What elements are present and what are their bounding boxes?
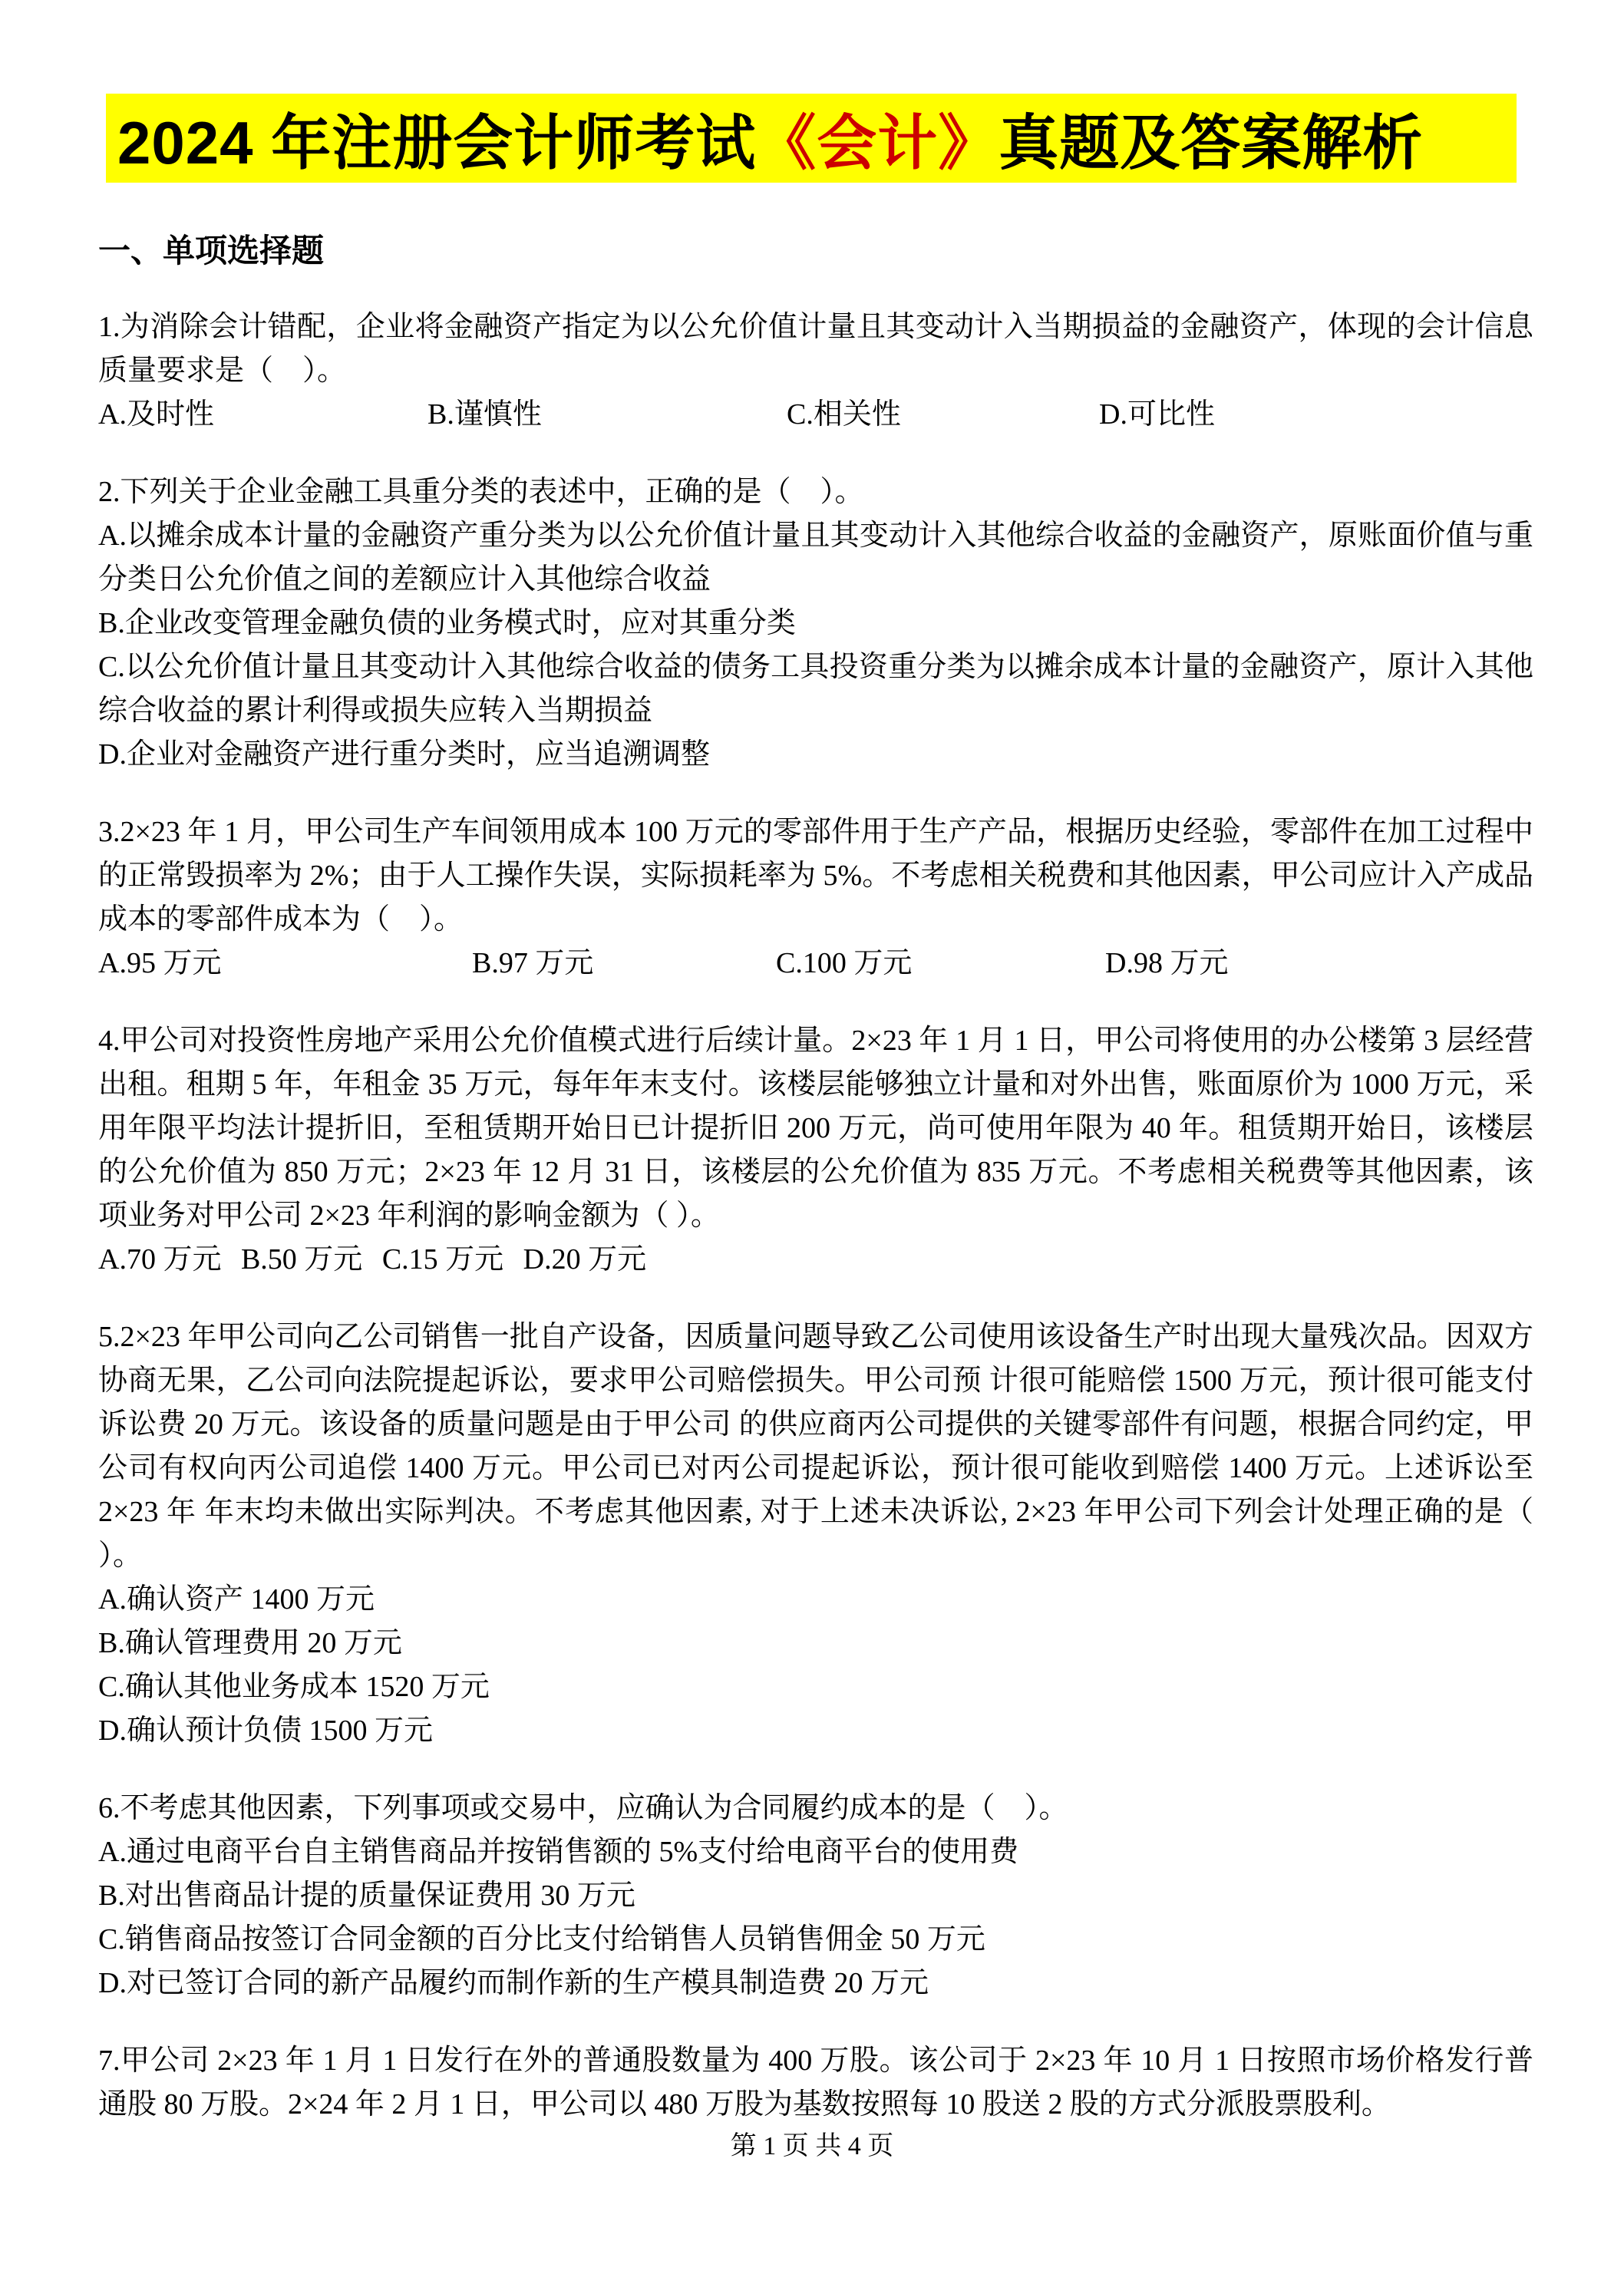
- question-4: 4.甲公司对投资性房地产采用公允价值模式进行后续计量。2×23 年 1 月 1 …: [98, 1019, 1533, 1282]
- title-part-2: 真题及答案解析: [998, 95, 1423, 181]
- q4-option-c: C.15 万元: [382, 1243, 503, 1276]
- question-3-text: 3.2×23 年 1 月，甲公司生产车间领用成本 100 万元的零部件用于生产产…: [98, 810, 1533, 942]
- title-part-1: 2024 年注册会计师考试: [117, 95, 756, 181]
- question-5: 5.2×23 年甲公司向乙公司销售一批自产设备，因质量问题导致乙公司使用该设备生…: [98, 1315, 1533, 1753]
- q1-option-a: A.及时性: [98, 393, 427, 437]
- question-3: 3.2×23 年 1 月，甲公司生产车间领用成本 100 万元的零部件用于生产产…: [98, 810, 1533, 985]
- question-1-options: A.及时性 B.谨慎性 C.相关性 D.可比性: [98, 393, 1533, 437]
- q2-option-b: B.企业改变管理金融负债的业务模式时，应对其重分类: [98, 602, 1533, 645]
- question-1: 1.为消除会计错配，企业将金融资产指定为以公允价值计量且其变动计入当期损益的金融…: [98, 305, 1533, 437]
- q4-option-b: B.50 万元: [241, 1243, 362, 1276]
- question-5-text: 5.2×23 年甲公司向乙公司销售一批自产设备，因质量问题导致乙公司使用该设备生…: [98, 1315, 1533, 1578]
- q3-option-d: D.98 万元: [1105, 942, 1228, 985]
- question-6: 6.不考虑其他因素，下列事项或交易中，应确认为合同履约成本的是（ ）。 A.通过…: [98, 1787, 1533, 2005]
- q3-option-c: C.100 万元: [776, 942, 1105, 985]
- question-7-text: 7.甲公司 2×23 年 1 月 1 日发行在外的普通股数量为 400 万股。该…: [98, 2039, 1533, 2127]
- q3-option-a: A.95 万元: [98, 942, 472, 985]
- section-heading: 一、单项选择题: [98, 232, 1533, 272]
- q5-option-a: A.确认资产 1400 万元: [98, 1578, 1533, 1622]
- q1-option-c: C.相关性: [787, 393, 1099, 437]
- question-7: 7.甲公司 2×23 年 1 月 1 日发行在外的普通股数量为 400 万股。该…: [98, 2039, 1533, 2127]
- document-title: 2024 年注册会计师考试《会计》真题及答案解析: [106, 94, 1517, 183]
- q4-option-d: D.20 万元: [523, 1243, 646, 1276]
- title-book-name: 《会计》: [756, 95, 998, 181]
- q1-option-d: D.可比性: [1099, 393, 1215, 437]
- q2-option-a: A.以摊余成本计量的金融资产重分类为以公允价值计量且其变动计入其他综合收益的金融…: [98, 514, 1533, 602]
- question-6-text: 6.不考虑其他因素，下列事项或交易中，应确认为合同履约成本的是（ ）。: [98, 1787, 1533, 1830]
- question-4-text: 4.甲公司对投资性房地产采用公允价值模式进行后续计量。2×23 年 1 月 1 …: [98, 1019, 1533, 1238]
- q5-option-d: D.确认预计负债 1500 万元: [98, 1709, 1533, 1753]
- q2-option-c: C.以公允价值计量且其变动计入其他综合收益的债务工具投资重分类为以摊余成本计量的…: [98, 645, 1533, 733]
- q6-option-b: B.对出售商品计提的质量保证费用 30 万元: [98, 1874, 1533, 1918]
- q1-option-b: B.谨慎性: [427, 393, 787, 437]
- q5-option-b: B.确认管理费用 20 万元: [98, 1622, 1533, 1665]
- question-4-options: A.70 万元 B.50 万元 C.15 万元 D.20 万元: [98, 1238, 1533, 1282]
- document-content: 2024 年注册会计师考试《会计》真题及答案解析 一、单项选择题 1.为消除会计…: [98, 0, 1533, 2127]
- q5-option-c: C.确认其他业务成本 1520 万元: [98, 1665, 1533, 1709]
- q6-option-d: D.对已签订合同的新产品履约而制作新的生产模具制造费 20 万元: [98, 1962, 1533, 2005]
- page-footer: 第 1 页 共 4 页: [0, 2124, 1624, 2162]
- q2-option-d: D.企业对金融资产进行重分类时，应当追溯调整: [98, 733, 1533, 777]
- q3-option-b: B.97 万元: [472, 942, 776, 985]
- question-2: 2.下列关于企业金融工具重分类的表述中，正确的是（ ）。 A.以摊余成本计量的金…: [98, 470, 1533, 777]
- q6-option-c: C.销售商品按签订合同金额的百分比支付给销售人员销售佣金 50 万元: [98, 1918, 1533, 1962]
- document-page: 2024 年注册会计师考试《会计》真题及答案解析 一、单项选择题 1.为消除会计…: [0, 0, 1624, 2274]
- question-3-options: A.95 万元 B.97 万元 C.100 万元 D.98 万元: [98, 942, 1533, 985]
- q4-option-a: A.70 万元: [98, 1243, 221, 1276]
- question-1-text: 1.为消除会计错配，企业将金融资产指定为以公允价值计量且其变动计入当期损益的金融…: [98, 305, 1533, 393]
- q6-option-a: A.通过电商平台自主销售商品并按销售额的 5%支付给电商平台的使用费: [98, 1830, 1533, 1874]
- question-2-text: 2.下列关于企业金融工具重分类的表述中，正确的是（ ）。: [98, 470, 1533, 514]
